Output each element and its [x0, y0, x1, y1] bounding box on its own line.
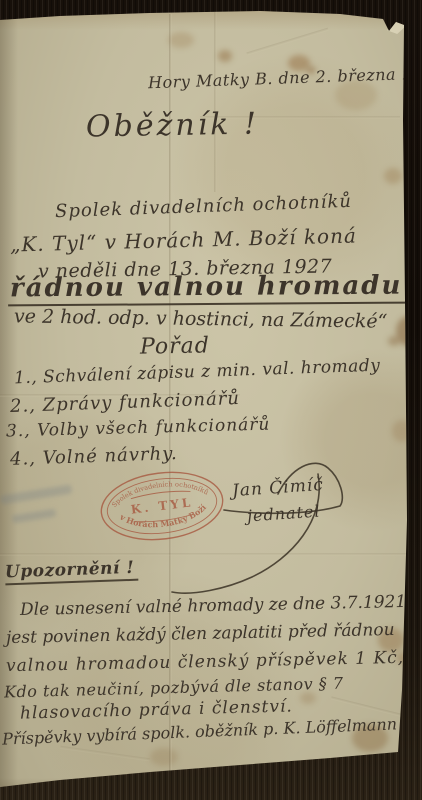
- headline-underlined: řádnou valnou hromadu: [8, 271, 408, 307]
- document-title: Oběžník !: [86, 106, 260, 144]
- paper-stain: [300, 692, 316, 704]
- paper-stain: [384, 168, 402, 184]
- document-paper: Hory Matky B. dne 2. března 1927. Oběžní…: [0, 0, 422, 800]
- vertical-crease: [214, 12, 217, 192]
- notice-title: Upozornění !: [5, 558, 139, 586]
- agenda-title: Pořad: [140, 333, 210, 359]
- paper-stain: [150, 748, 178, 766]
- photo-of-handwritten-circular: Hory Matky B. dne 2. března 1927. Oběžní…: [0, 0, 422, 800]
- paper-stain: [218, 50, 232, 62]
- signature-flourish: [130, 450, 370, 610]
- paper-stain: [388, 336, 400, 346]
